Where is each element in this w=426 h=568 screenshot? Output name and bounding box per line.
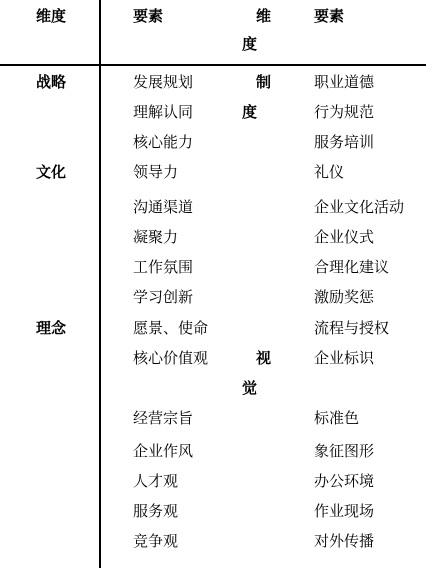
- table-row: 服务观作业现场: [0, 497, 426, 527]
- element-label: 企业作风: [133, 437, 193, 467]
- element-label: 核心价值观: [133, 344, 208, 374]
- dimension-label: 视: [256, 344, 271, 374]
- dimension-label: 度: [242, 98, 257, 128]
- dimension-label: 文化: [36, 158, 66, 188]
- element-label: 人才观: [133, 467, 178, 497]
- table-row: 凝聚力企业仪式: [0, 223, 426, 253]
- element-label: 沟通渠道: [133, 193, 193, 223]
- element-label: 流程与授权: [314, 314, 389, 344]
- element-label: 对外传播: [314, 527, 374, 557]
- table-row: 战略发展规划制职业道德: [0, 68, 426, 98]
- element-label: 企业文化活动: [314, 193, 404, 223]
- element-label: 愿景、使命: [133, 314, 208, 344]
- element-label: 标准色: [314, 404, 359, 434]
- table-row: 理解认同度行为规范: [0, 98, 426, 128]
- element-label: 企业仪式: [314, 223, 374, 253]
- table-row: 沟通渠道企业文化活动: [0, 193, 426, 223]
- dimension-label: 理念: [36, 314, 66, 344]
- element-label: 竞争观: [133, 527, 178, 557]
- element-label: 合理化建议: [314, 253, 389, 283]
- table-row: 学习创新激励奖惩: [0, 283, 426, 313]
- document-page: 维度要素维要素度战略发展规划制职业道德理解认同度行为规范核心能力服务培训文化领导…: [0, 0, 426, 568]
- table-row: 经营宗旨标准色: [0, 404, 426, 434]
- column-header: 度: [242, 30, 257, 60]
- table-row: 理念愿景、使命流程与授权: [0, 314, 426, 344]
- element-label: 职业道德: [314, 68, 374, 98]
- element-label: 工作氛围: [133, 253, 193, 283]
- column-header: 维: [256, 2, 271, 32]
- dimension-label: 战略: [36, 68, 66, 98]
- table-row: 核心价值观视企业标识: [0, 344, 426, 374]
- element-label: 理解认同: [133, 98, 193, 128]
- element-label: 服务培训: [314, 128, 374, 158]
- element-label: 凝聚力: [133, 223, 178, 253]
- element-label: 领导力: [133, 158, 178, 188]
- table-row: 觉: [0, 374, 426, 404]
- dimension-label: 制: [256, 68, 271, 98]
- element-label: 行为规范: [314, 98, 374, 128]
- table-row: 人才观办公环境: [0, 467, 426, 497]
- column-header: 要素: [133, 2, 163, 32]
- column-header: 维度: [36, 2, 66, 32]
- element-label: 经营宗旨: [133, 404, 193, 434]
- element-label: 激励奖惩: [314, 283, 374, 313]
- table-row: 工作氛围合理化建议: [0, 253, 426, 283]
- element-label: 发展规划: [133, 68, 193, 98]
- header-row: 维度要素维要素: [0, 2, 426, 32]
- table-header-rule: [0, 64, 426, 66]
- element-label: 礼仪: [314, 158, 344, 188]
- element-label: 办公环境: [314, 467, 374, 497]
- element-label: 企业标识: [314, 344, 374, 374]
- element-label: 象征图形: [314, 437, 374, 467]
- element-label: 核心能力: [133, 128, 193, 158]
- element-label: 服务观: [133, 497, 178, 527]
- table-row: 核心能力服务培训: [0, 128, 426, 158]
- table-row: 企业作风象征图形: [0, 437, 426, 467]
- dimension-label: 觉: [242, 374, 257, 404]
- element-label: 作业现场: [314, 497, 374, 527]
- header-row: 度: [0, 30, 426, 60]
- table-row: 文化领导力礼仪: [0, 158, 426, 188]
- table-row: 竞争观对外传播: [0, 527, 426, 557]
- column-header: 要素: [314, 2, 344, 32]
- element-label: 学习创新: [133, 283, 193, 313]
